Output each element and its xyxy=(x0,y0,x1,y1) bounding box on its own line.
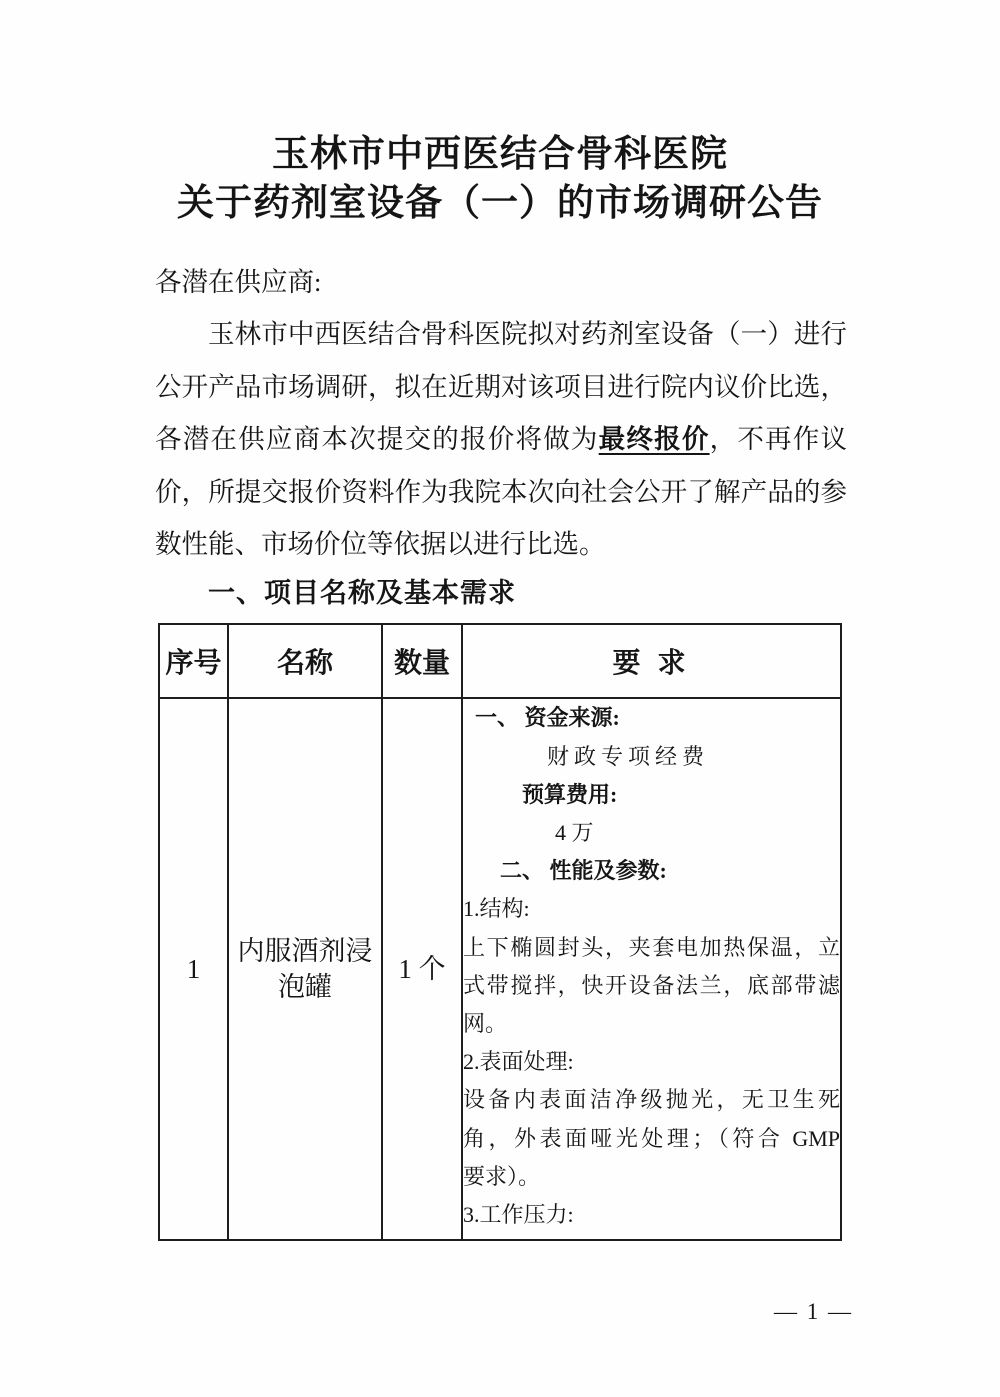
requirement-line: 要求）。 xyxy=(463,1158,840,1196)
requirement-line: 预算费用: xyxy=(522,776,840,814)
document-body: 各潜在供应商: 玉林市中西医结合骨科医院拟对药剂室设备（一）进行公开产品市场调研… xyxy=(155,256,847,1241)
title-line-1: 玉林市中西医结合骨科医院 xyxy=(0,130,1000,179)
intro-paragraph: 玉林市中西医结合骨科医院拟对药剂室设备（一）进行公开产品市场调研，拟在近期对该项… xyxy=(155,308,847,570)
requirement-line: 设备内表面洁净级抛光，无卫生死 xyxy=(463,1081,840,1119)
requirement-lines: 一、 资金来源:财政专项经费预算费用:4 万二、 性能及参数:1.结构:上下椭圆… xyxy=(463,699,840,1234)
requirement-line: 一、 资金来源: xyxy=(475,699,840,737)
table-header-row: 序号 名称 数量 要 求 xyxy=(159,624,841,698)
header-cell-index: 序号 xyxy=(159,624,228,698)
header-cell-requirement: 要 求 xyxy=(462,624,841,698)
requirement-line: 网。 xyxy=(463,1005,840,1043)
header-cell-name: 名称 xyxy=(228,624,382,698)
requirement-line: 二、 性能及参数: xyxy=(500,852,840,890)
section-heading: 一、项目名称及基本需求 xyxy=(155,573,847,613)
page-number: — 1 — xyxy=(774,1299,853,1325)
requirements-table: 序号 名称 数量 要 求 1 内服酒剂浸泡罐 1 个 一、 资金来源:财政专项经… xyxy=(158,623,842,1241)
requirement-line: 式带搅拌，快开设备法兰，底部带滤 xyxy=(463,967,840,1005)
requirement-line: 角，外表面哑光处理；（符合 GMP xyxy=(463,1120,840,1158)
cell-index: 1 xyxy=(159,698,228,1240)
cell-requirement: 一、 资金来源:财政专项经费预算费用:4 万二、 性能及参数:1.结构:上下椭圆… xyxy=(462,698,841,1240)
requirement-line: 3.工作压力: xyxy=(463,1196,840,1234)
document-title: 玉林市中西医结合骨科医院 关于药剂室设备（一）的市场调研公告 xyxy=(0,0,1000,228)
header-cell-quantity: 数量 xyxy=(382,624,462,698)
salutation: 各潜在供应商: xyxy=(155,256,847,308)
table-row: 1 内服酒剂浸泡罐 1 个 一、 资金来源:财政专项经费预算费用:4 万二、 性… xyxy=(159,698,841,1240)
final-quote-emphasis: 最终报价 xyxy=(599,424,710,454)
requirement-line: 上下椭圆封头，夹套电加热保温，立 xyxy=(463,929,840,967)
document-page: 玉林市中西医结合骨科医院 关于药剂室设备（一）的市场调研公告 各潜在供应商: 玉… xyxy=(0,0,1000,1397)
requirement-line: 4 万 xyxy=(555,814,840,852)
requirement-line: 1.结构: xyxy=(463,890,840,928)
requirement-line: 财政专项经费 xyxy=(547,738,840,776)
requirement-line: 2.表面处理: xyxy=(463,1043,840,1081)
cell-name: 内服酒剂浸泡罐 xyxy=(228,698,382,1240)
cell-quantity: 1 个 xyxy=(382,698,462,1240)
title-line-2: 关于药剂室设备（一）的市场调研公告 xyxy=(0,179,1000,228)
